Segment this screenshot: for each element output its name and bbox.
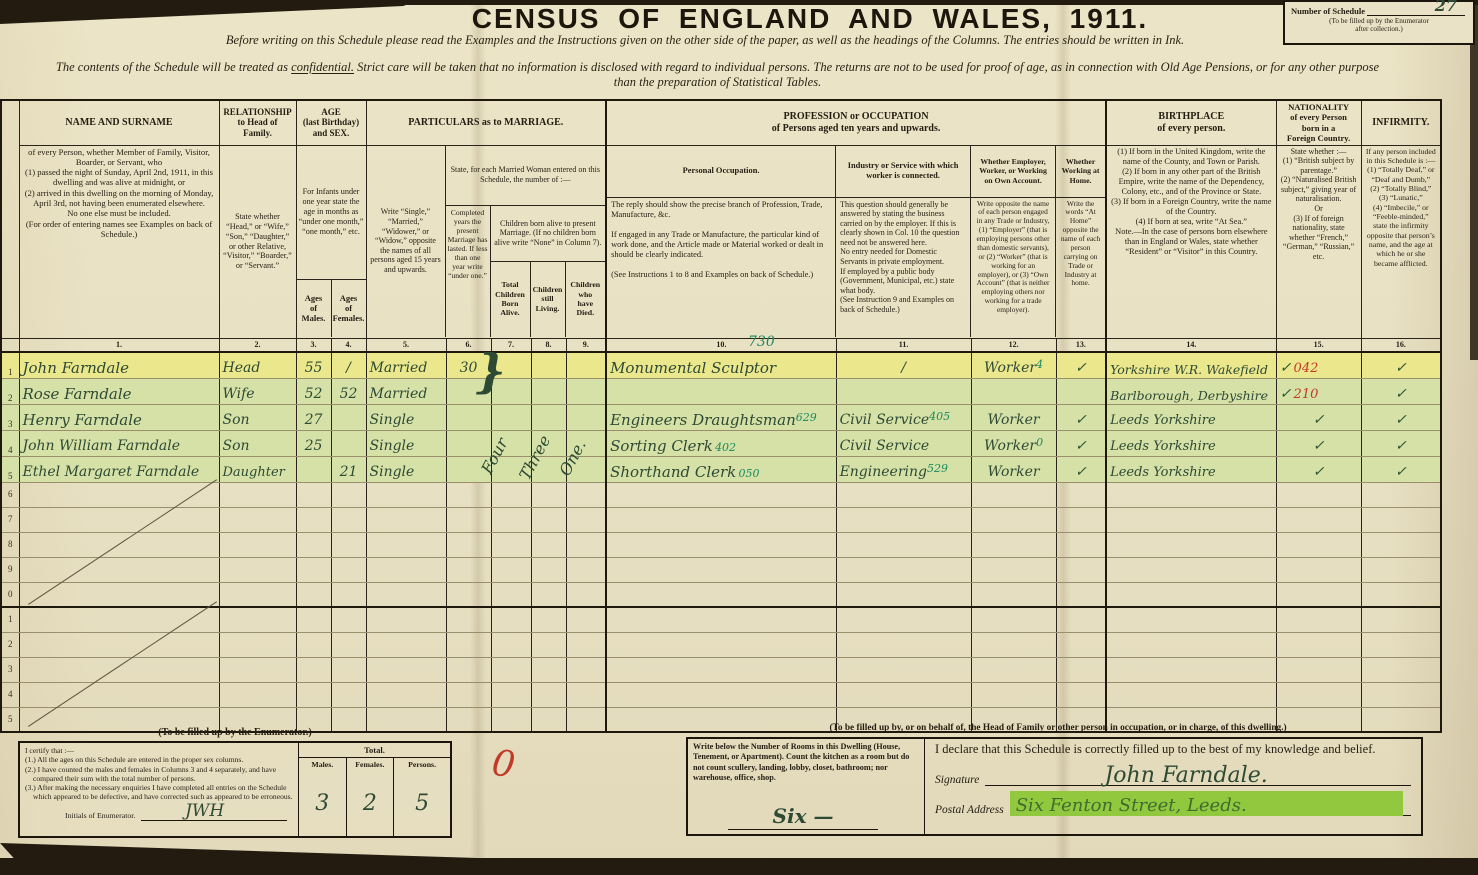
entry-status: Worker: [984, 360, 1036, 376]
entry-occupation: Monumental Sculptor: [610, 359, 776, 377]
initials-line: JWH: [141, 805, 287, 821]
schedule-number-line: 27: [1367, 4, 1465, 16]
col14-desc: (1) If born in the United Kingdom, write…: [1106, 145, 1276, 338]
empty-row: 8: [1, 532, 1441, 557]
entry-at-home-check: ✓: [1075, 412, 1087, 428]
postal-address-label: Postal Address: [935, 804, 1004, 816]
marriage-columns: Write “Single,” “Married,” “Widower,” or…: [366, 145, 606, 338]
confidential-pre: The contents of the Schedule will be tre…: [56, 60, 291, 74]
entry-age-males: 27: [305, 412, 323, 428]
entry-infirmity-check: ✓: [1395, 464, 1407, 480]
rooms-section: Write below the Number of Rooms in this …: [688, 739, 925, 834]
col10-desc: The reply should show the precise branch…: [607, 198, 836, 337]
col-number: 2.: [219, 338, 296, 352]
col15-desc: State whether :— (1) “British subject by…: [1276, 145, 1361, 338]
entry-infirmity-check: ✓: [1395, 438, 1407, 454]
entry-occupation-code: 629: [796, 411, 817, 424]
entry-industry: /: [901, 360, 906, 376]
entry-name: Rose Farndale: [23, 385, 132, 403]
census-schedule-page: { "colors": { "paper": "#e9e1c4", "row_h…: [0, 0, 1478, 875]
entry-birthplace: Barlborough, Derbyshire: [1110, 388, 1268, 403]
col8-label: Children still Living.: [531, 262, 566, 337]
col1-title: NAME AND SURNAME: [19, 100, 219, 145]
cert-intro: I certify that :—: [25, 746, 293, 755]
table-row: 4 John William Farndale Son 25 Single So…: [1, 430, 1441, 456]
photo-edge-bottom: [0, 858, 1478, 875]
entry-relationship: Daughter: [223, 465, 285, 480]
entry-relationship: Son: [223, 412, 250, 428]
entry-nationality-check: ✓: [1280, 360, 1292, 376]
column-number-row: 1. 2. 3. 4. 5. 6. 7. 8. 9. 10. 11. 12. 1…: [1, 338, 1441, 352]
entry-nationality-check: ✓: [1313, 464, 1325, 480]
schedule-number-label: Number of Schedule: [1291, 6, 1365, 16]
age-columns: For Infants under one year state the age…: [296, 145, 366, 338]
declaration-text: I declare that this Schedule is correctl…: [935, 742, 1411, 757]
entry-infirmity-check: ✓: [1395, 412, 1407, 428]
householder-box: Write below the Number of Rooms in this …: [686, 737, 1423, 836]
declaration-section: I declare that this Schedule is correctl…: [925, 739, 1421, 834]
entry-condition: Single: [370, 438, 415, 454]
entry-condition: Married: [370, 360, 428, 376]
confidential-post: Strict care will be taken that no inform…: [354, 60, 1379, 89]
col16-title: INFIRMITY.: [1361, 100, 1441, 145]
entry-industry-code: 405: [929, 410, 950, 423]
schedule-number-value: 27: [1435, 0, 1457, 15]
col-number: 5.: [366, 338, 446, 352]
entry-name: Henry Farndale: [23, 411, 142, 429]
entry-occupation: Engineers Draughtsman: [610, 411, 796, 429]
entry-birthplace: Leeds Yorkshire: [1110, 413, 1216, 428]
col-number: 12.: [971, 338, 1056, 352]
entry-at-home-check: ✓: [1075, 464, 1087, 480]
instruction-line: Before writing on this Schedule please r…: [140, 33, 1270, 48]
married-woman-note: State, for each Married Woman entered on…: [446, 146, 606, 206]
col7-label: Total Children Born Alive.: [491, 262, 531, 337]
col11-subtitle: Industry or Service with which worker is…: [836, 146, 971, 198]
cert-item: (3.) After making the necessary enquirie…: [25, 783, 293, 802]
profession-columns: Personal Occupation. Industry or Service…: [606, 145, 1106, 338]
rooms-value: Six —: [728, 804, 878, 830]
col-number: 1.: [19, 338, 219, 352]
table-row: 5 Ethel Margaret Farndale Daughter 21 Si…: [1, 456, 1441, 482]
empty-row: 7: [1, 507, 1441, 532]
signature-label: Signature: [935, 774, 979, 786]
col12-desc: Write opposite the name of each person e…: [971, 198, 1056, 337]
col10-subtitle: Personal Occupation.: [607, 146, 836, 198]
col-number: 4.: [331, 338, 366, 352]
col14-title: BIRTHPLACE of every person.: [1106, 100, 1276, 145]
confidential-word: confidential.: [291, 60, 354, 74]
col11-desc: This question should generally be answer…: [836, 198, 971, 337]
signature-value: John Farndale.: [1104, 763, 1267, 788]
males-total: 3: [299, 770, 346, 836]
col2-title: RELATIONSHIP to Head of Family.: [219, 100, 296, 145]
col-number: 9.: [566, 338, 606, 352]
entry-relationship: Head: [223, 360, 261, 376]
entry-birthplace: Yorkshire W.R. Wakefield: [1110, 362, 1268, 377]
postal-address-value: Six Fenton Street, Leeds.: [1016, 795, 1247, 816]
entry-occupation-code: 402: [715, 441, 736, 454]
col1-desc: of every Person, whether Member of Famil…: [19, 145, 219, 338]
col13-desc: Write the words “At Home” opposite the n…: [1056, 198, 1105, 337]
entry-status-code: 4: [1036, 358, 1043, 371]
entry-age-females: /: [346, 360, 351, 376]
header-title-row: NAME AND SURNAME RELATIONSHIP to Head of…: [1, 100, 1441, 145]
females-total: 2: [347, 770, 394, 836]
entry-nationality-check: ✓: [1280, 386, 1292, 402]
males-label: Males.: [299, 758, 346, 770]
entry-name: John William Farndale: [23, 438, 181, 454]
census-table: NAME AND SURNAME RELATIONSHIP to Head of…: [0, 99, 1442, 733]
children-note: Children born alive to present Marriage.…: [491, 206, 606, 262]
col-number: 15.: [1276, 338, 1361, 352]
header-desc-row: of every Person, whether Member of Famil…: [1, 145, 1441, 338]
cert-item: (2.) I have counted the males and female…: [25, 765, 293, 784]
initials-label: Initials of Enumerator.: [65, 811, 135, 821]
entry-age-males: 52: [305, 386, 323, 402]
col-number: 13.: [1056, 338, 1106, 352]
profession-title: PROFESSION or OCCUPATION of Persons aged…: [606, 100, 1106, 145]
entry-occupation: Sorting Clerk: [610, 437, 713, 455]
postal-address-line: Six Fenton Street, Leeds.: [1010, 790, 1411, 816]
col15-title: NATIONALITY of every Person born in a Fo…: [1276, 100, 1361, 145]
cert-item: (1.) All the ages on this Schedule are e…: [25, 755, 293, 764]
entry-nationality-check: ✓: [1313, 412, 1325, 428]
entry-relationship: Wife: [223, 386, 255, 402]
signature-line: John Farndale.: [985, 762, 1411, 786]
empty-row: 6: [1, 482, 1441, 507]
empty-row: 4: [1, 682, 1441, 707]
entry-infirmity-check: ✓: [1395, 386, 1407, 402]
entry-industry: Civil Service: [840, 412, 930, 428]
entry-nationality-code: 042: [1294, 361, 1319, 376]
entry-birthplace: Leeds Yorkshire: [1110, 465, 1216, 480]
entry-condition: Single: [370, 412, 415, 428]
entry-condition: Single: [370, 464, 415, 480]
col9-label: Children who have Died.: [566, 262, 606, 337]
schedule-number-box: Number of Schedule 27 (To be filled up b…: [1283, 0, 1475, 45]
col2-desc: State whether “Head,” or “Wife,” “Son,” …: [219, 145, 296, 338]
marriage-title: PARTICULARS as to MARRIAGE.: [366, 100, 606, 145]
entry-age-females: 21: [340, 464, 358, 480]
totals-title: Total.: [299, 743, 450, 758]
entry-nationality-code: 210: [1294, 387, 1319, 402]
enumerator-initials: JWH: [185, 801, 224, 822]
empty-row: 0: [1, 582, 1441, 607]
entry-nationality-check: ✓: [1313, 438, 1325, 454]
age-males-label: Ages of Males.: [297, 280, 332, 337]
entry-birthplace: Leeds Yorkshire: [1110, 439, 1216, 454]
address-highlight: Six Fenton Street, Leeds.: [1010, 791, 1403, 816]
col-number: 7.: [491, 338, 531, 352]
enumerator-heading: (To be filled up by the Enumerator.): [15, 727, 455, 738]
photo-edge-right: [1470, 0, 1478, 360]
entry-status: Worker: [984, 438, 1036, 454]
schedule-number-note: (To be filled up by the Enumerator after…: [1291, 17, 1467, 34]
col13-subtitle: Whether Working at Home.: [1056, 146, 1105, 198]
entry-age-males: 25: [305, 438, 323, 454]
householder-heading: (To be filled up by, or on behalf of, th…: [688, 723, 1428, 733]
census-table-wrap: NAME AND SURNAME RELATIONSHIP to Head of…: [0, 99, 1440, 733]
entry-name: Ethel Margaret Farndale: [23, 464, 200, 480]
col16-desc: If any person included in this Schedule …: [1361, 145, 1441, 338]
col-number: 16.: [1361, 338, 1441, 352]
entry-industry-code: 529: [927, 462, 948, 475]
col-number: 10.: [606, 338, 836, 352]
age-desc: For Infants under one year state the age…: [297, 146, 366, 279]
persons-total: 5: [394, 770, 450, 836]
col-number: 11.: [836, 338, 971, 352]
col-number: 6.: [446, 338, 491, 352]
entry-industry: Engineering: [840, 464, 927, 480]
age-title: AGE (last Birthday) and SEX.: [296, 100, 366, 145]
entry-at-home-check: ✓: [1075, 438, 1087, 454]
entry-occupation-code: 050: [739, 467, 760, 480]
col6-desc: Completed years the present Marriage has…: [446, 206, 491, 337]
empty-row: 2: [1, 632, 1441, 657]
enumerator-box: I certify that :— (1.) All the ages on t…: [18, 741, 452, 838]
entry-status: Worker: [988, 464, 1040, 480]
entry-occupation: Shorthand Clerk: [610, 463, 736, 481]
col-number: 8.: [531, 338, 566, 352]
entry-years-married: 30: [460, 360, 478, 376]
entry-age-females: 52: [340, 386, 358, 402]
age-females-label: Ages of Females.: [332, 280, 366, 337]
entry-age-males: 55: [305, 360, 323, 376]
empty-row: 1: [1, 607, 1441, 632]
page-title: CENSUS OF ENGLAND AND WALES, 1911.: [415, 3, 1205, 35]
table-row: 3 Henry Farndale Son 27 Single Engineers…: [1, 404, 1441, 430]
entry-status-code: 0: [1036, 436, 1043, 449]
entry-relationship: Son: [223, 438, 250, 454]
empty-row: 9: [1, 557, 1441, 582]
females-label: Females.: [347, 758, 394, 770]
entry-name: John Farndale: [23, 359, 130, 377]
empty-row: 3: [1, 657, 1441, 682]
entry-condition: Married: [370, 386, 428, 402]
totals-table: Total. Males. 3 Females. 2 Persons. 5: [298, 743, 450, 836]
entry-status: Worker: [988, 412, 1040, 428]
col-number: 14.: [1106, 338, 1276, 352]
col12-subtitle: Whether Employer, Worker, or Working on …: [971, 146, 1056, 198]
confidential-notice: The contents of the Schedule will be tre…: [5, 60, 1430, 90]
table-row: 1 John Farndale Head 55 / Married 30 Mon…: [1, 352, 1441, 378]
table-row: 2 Rose Farndale Wife 52 52 Married Barlb…: [1, 378, 1441, 404]
rooms-instructions: Write below the Number of Rooms in this …: [693, 742, 909, 782]
enumerator-certification: I certify that :— (1.) All the ages on t…: [20, 743, 298, 836]
col5-desc: Write “Single,” “Married,” “Widower,” or…: [367, 146, 446, 337]
col-number: 3.: [296, 338, 331, 352]
entry-infirmity-check: ✓: [1395, 360, 1407, 376]
persons-label: Persons.: [394, 758, 450, 770]
entry-industry: Civil Service: [840, 438, 930, 454]
entry-at-home-check: ✓: [1075, 360, 1087, 376]
